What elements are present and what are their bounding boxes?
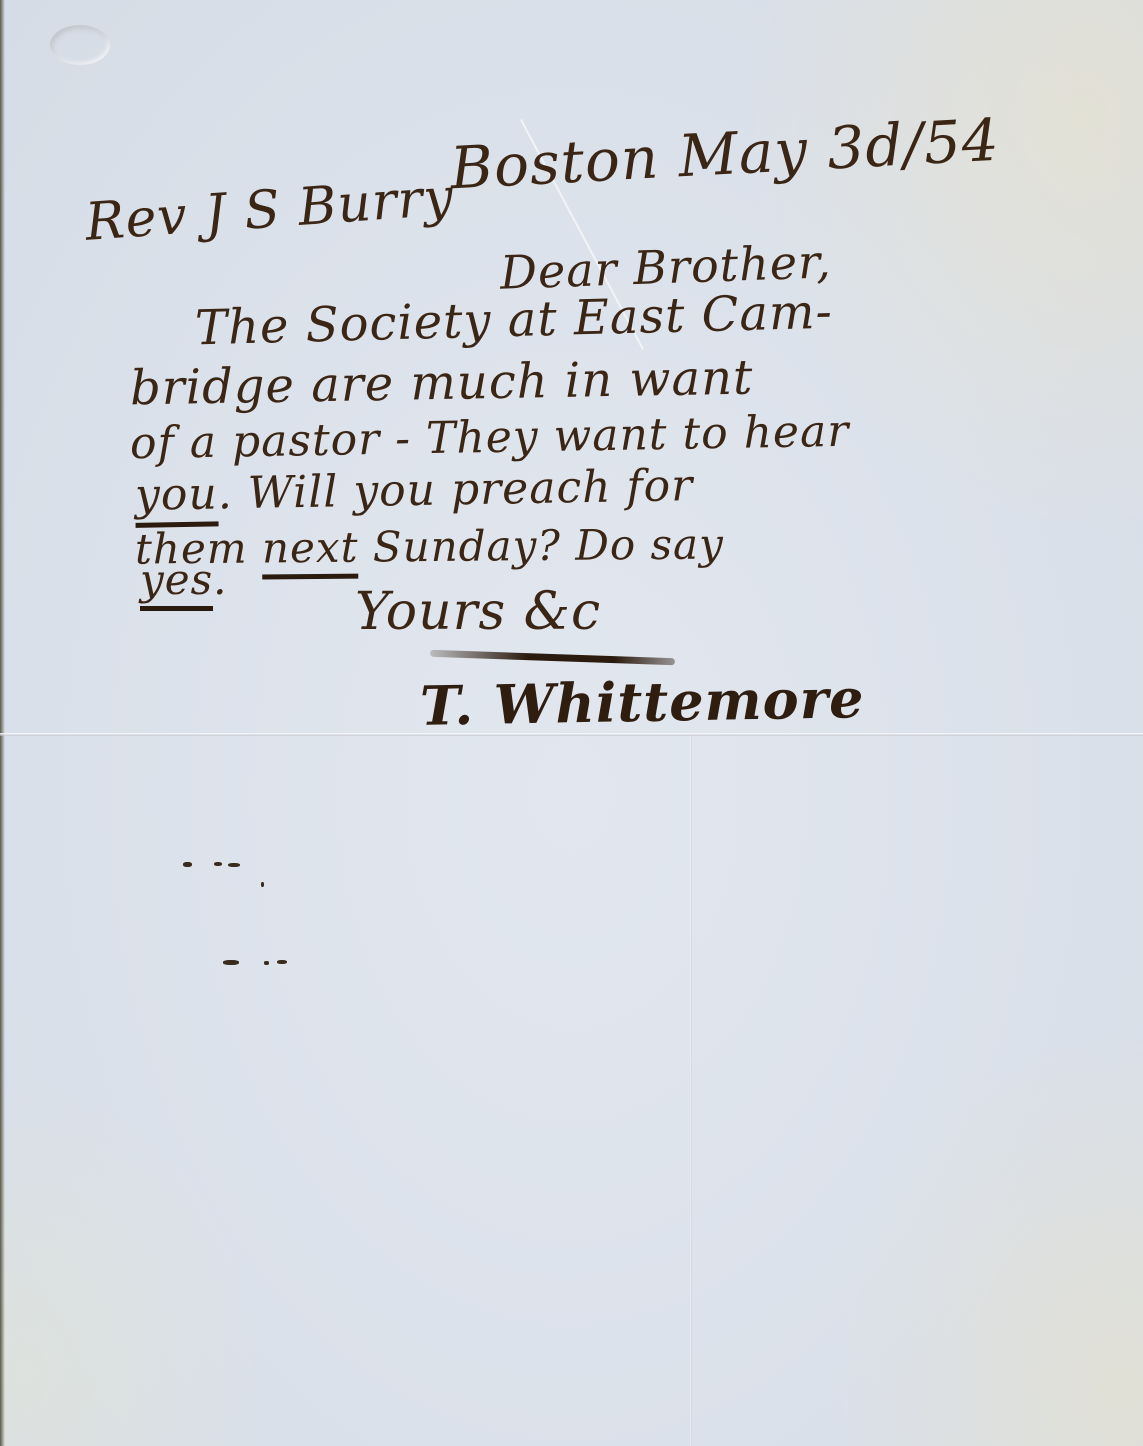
ink-spot — [223, 960, 239, 965]
body-line-4: you. Will you preach for — [135, 460, 694, 521]
body-line-2: bridge are much in want — [130, 350, 754, 417]
paper-emboss-mark — [50, 25, 110, 65]
ink-spot — [277, 960, 287, 964]
ink-spot — [183, 862, 192, 867]
paper-left-edge — [0, 0, 5, 1446]
ink-spot — [264, 961, 269, 965]
signature: T. Whittemore — [419, 666, 865, 738]
letter-sheet: Boston May 3d/54 Rev J S Burry Dear Brot… — [0, 0, 1143, 1446]
body-line-1: The Society at East Cam- — [194, 284, 833, 357]
underlined-you: you — [135, 468, 219, 527]
addressee: Rev J S Burry — [83, 167, 455, 253]
body-line-5-rest: Sunday? Do say — [358, 519, 724, 571]
ink-spot — [214, 862, 222, 866]
period: . — [213, 555, 227, 604]
body-line-4-rest: . Will you preach for — [217, 460, 693, 519]
closing: Yours &c — [355, 582, 601, 642]
signature-flourish — [430, 650, 675, 666]
body-line-6: yes. — [140, 555, 228, 604]
ink-spot — [261, 882, 264, 887]
place-date: Boston May 3d/54 — [449, 106, 1002, 203]
underlined-yes: yes — [140, 555, 213, 611]
body-line-3: of a pastor - They want to hear — [130, 406, 850, 470]
ink-spot — [228, 863, 240, 867]
underlined-next: next — [262, 523, 359, 580]
vertical-fold-line — [690, 735, 692, 1446]
